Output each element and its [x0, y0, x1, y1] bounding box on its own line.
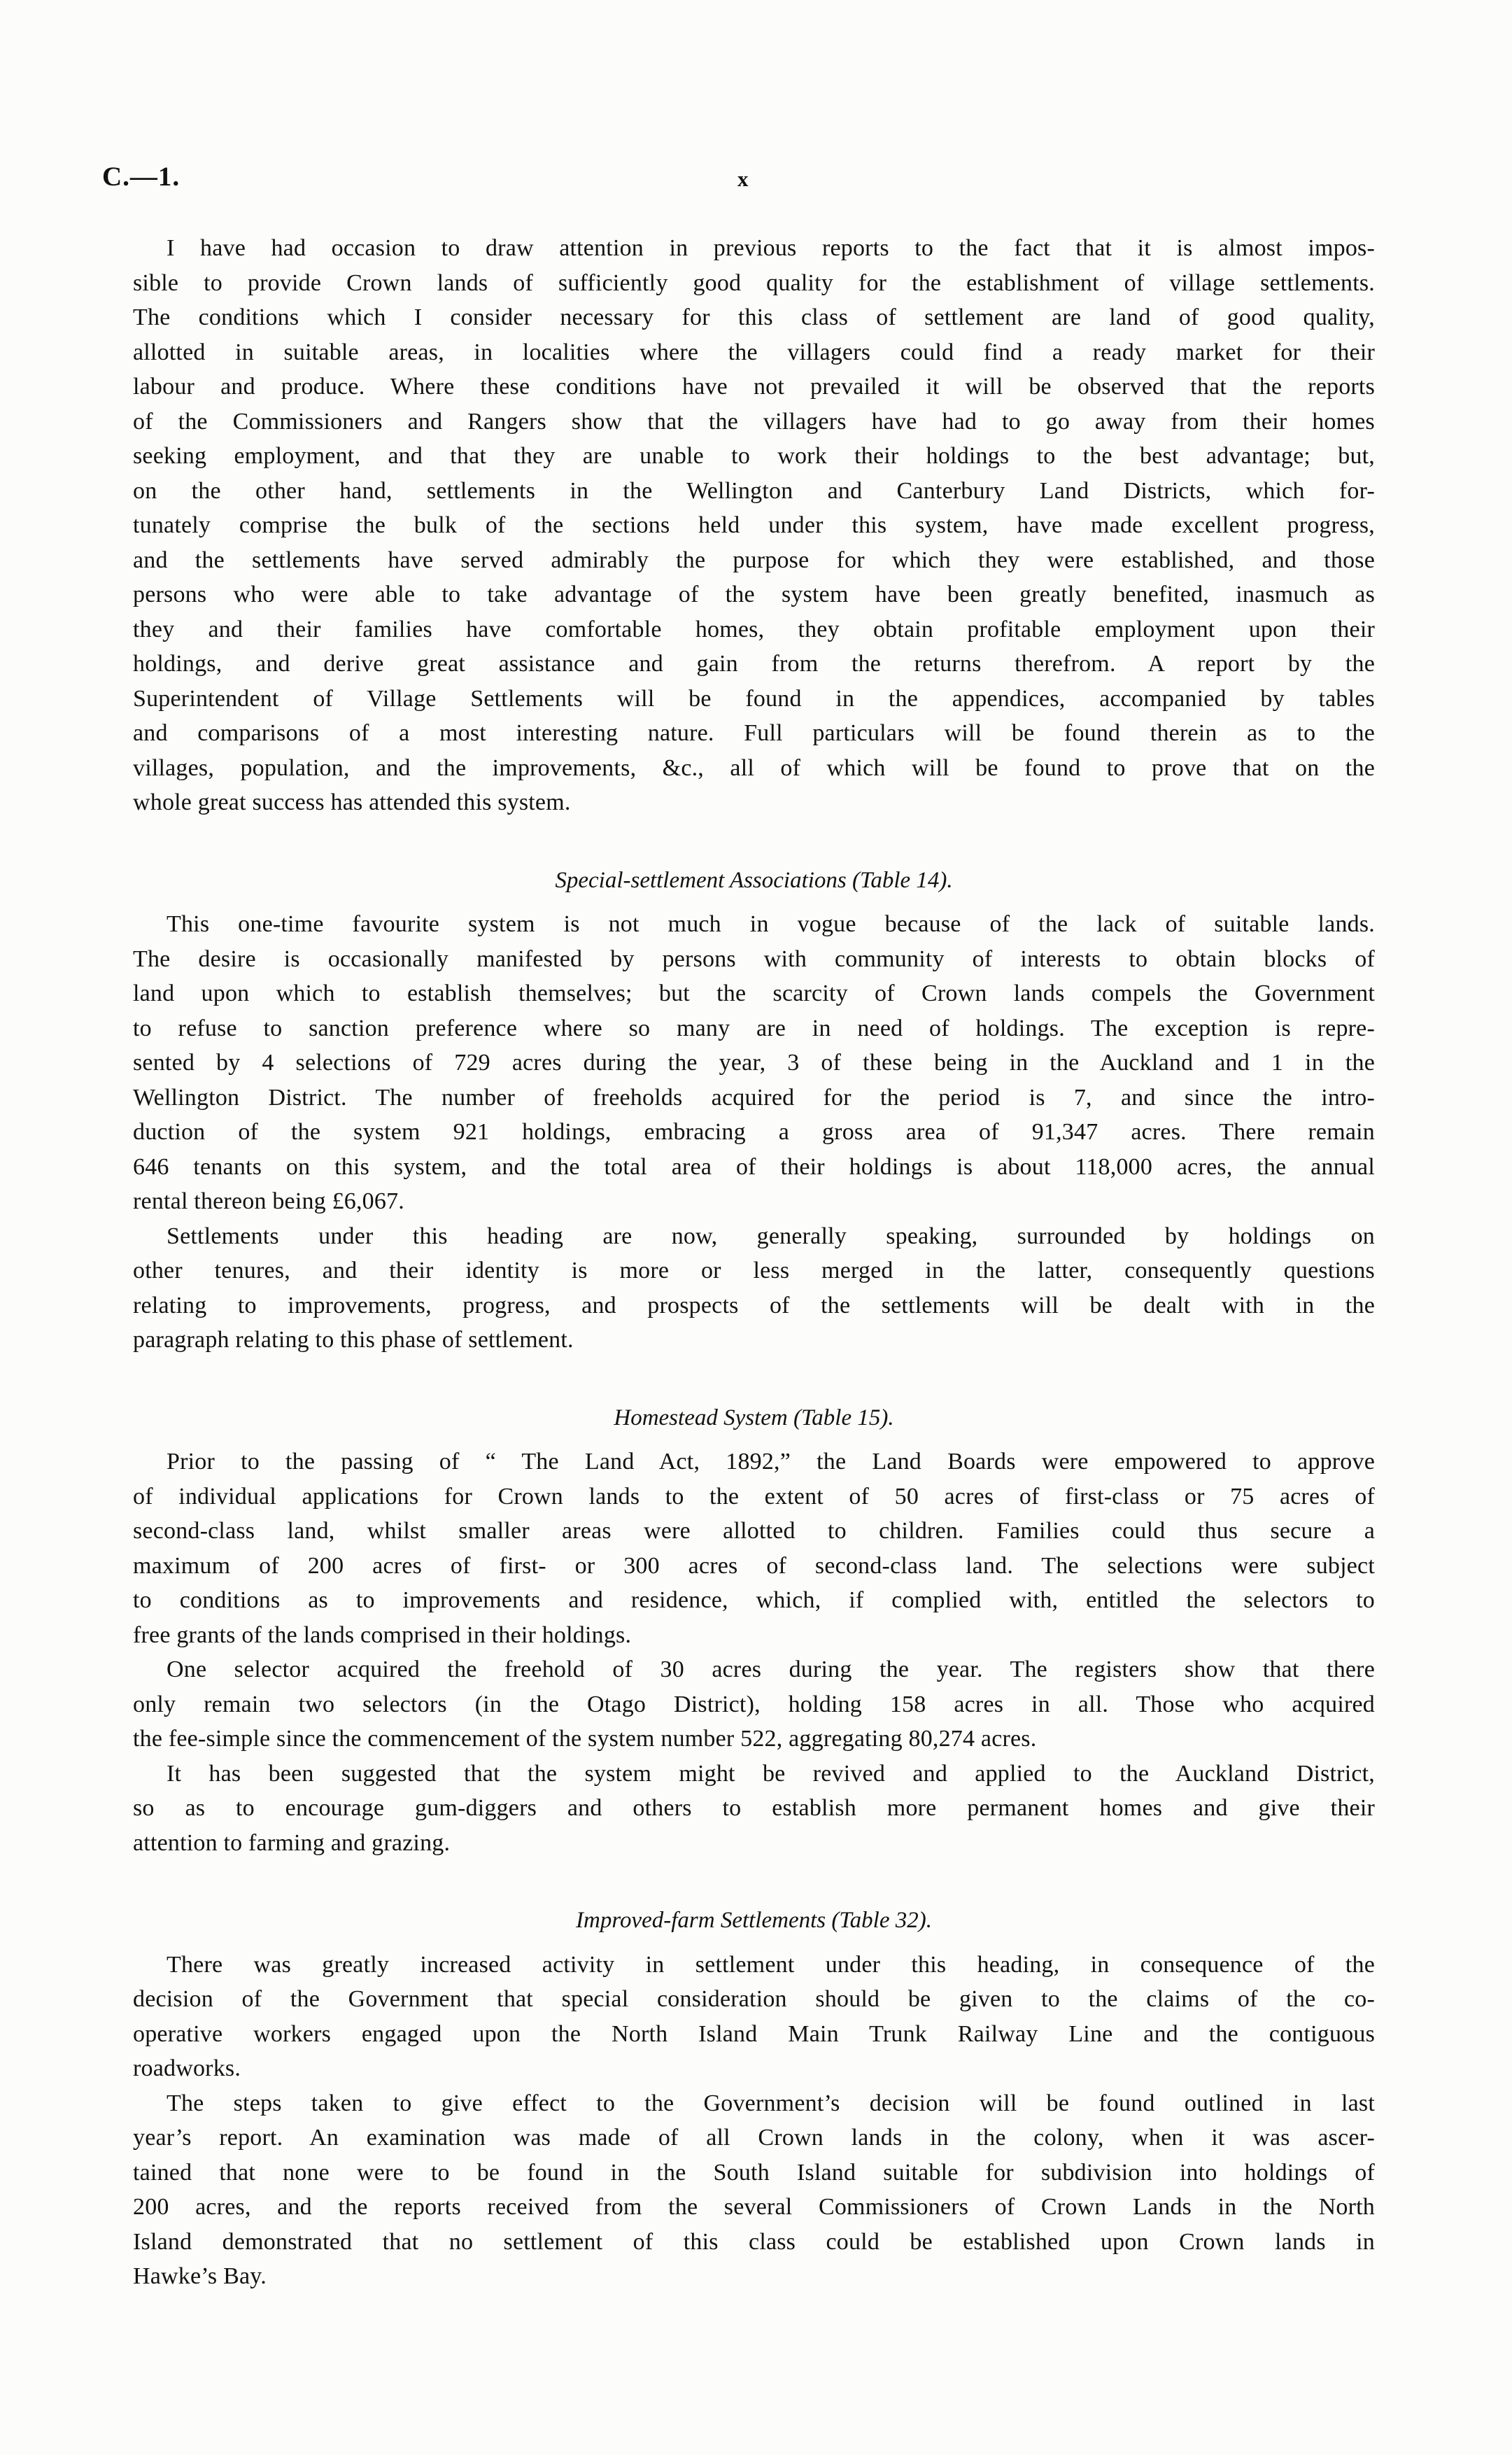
- text-line: paragraph relating to this phase of sett…: [133, 1323, 1375, 1358]
- text-line: decision of the Government that special …: [133, 1982, 1375, 2017]
- paragraph: I have had occasion to draw attention in…: [133, 231, 1375, 820]
- text-line: villages, population, and the improvemen…: [133, 751, 1375, 786]
- section-heading: Homestead System (Table 15).: [133, 1401, 1375, 1436]
- text-line: rental thereon being £6,067.: [133, 1184, 1375, 1219]
- text-line: This one-time favourite system is not mu…: [133, 907, 1375, 942]
- paragraph: Prior to the passing of “ The Land Act, …: [133, 1444, 1375, 1652]
- page-number: x: [737, 167, 749, 192]
- text-line: land upon which to establish themselves;…: [133, 976, 1375, 1011]
- text-line: holdings, and derive great assistance an…: [133, 647, 1375, 682]
- text-line: Settlements under this heading are now, …: [133, 1219, 1375, 1254]
- text-line: second-class land, whilst smaller areas …: [133, 1514, 1375, 1549]
- text-line: relating to improvements, progress, and …: [133, 1288, 1375, 1323]
- text-line: Hawke’s Bay.: [133, 2259, 1375, 2294]
- text-line: The desire is occasionally manifested by…: [133, 942, 1375, 977]
- paragraph: The steps taken to give effect to the Go…: [133, 2086, 1375, 2294]
- text-line: It has been suggested that the system mi…: [133, 1757, 1375, 1792]
- text-line: year’s report. An examination was made o…: [133, 2120, 1375, 2155]
- text-line: 646 tenants on this system, and the tota…: [133, 1150, 1375, 1185]
- text-line: on the other hand, settlements in the We…: [133, 474, 1375, 509]
- text-line: allotted in suitable areas, in localitie…: [133, 335, 1375, 370]
- text-line: Superintendent of Village Settlements wi…: [133, 682, 1375, 717]
- text-line: of individual applications for Crown lan…: [133, 1479, 1375, 1514]
- text-line: maximum of 200 acres of first- or 300 ac…: [133, 1549, 1375, 1584]
- document-body: I have had occasion to draw attention in…: [133, 231, 1375, 2294]
- text-line: seeking employment, and that they are un…: [133, 439, 1375, 474]
- paragraph: One selector acquired the freehold of 30…: [133, 1652, 1375, 1757]
- text-line: Wellington District. The number of freeh…: [133, 1081, 1375, 1116]
- text-line: whole great success has attended this sy…: [133, 785, 1375, 820]
- paragraph: There was greatly increased activity in …: [133, 1948, 1375, 2086]
- section-heading: Special-settlement Associations (Table 1…: [133, 864, 1375, 899]
- text-line: Island demonstrated that no settlement o…: [133, 2225, 1375, 2260]
- text-line: of the Commissioners and Rangers show th…: [133, 405, 1375, 439]
- text-line: 200 acres, and the reports received from…: [133, 2190, 1375, 2225]
- text-line: sible to provide Crown lands of sufficie…: [133, 266, 1375, 301]
- text-line: persons who were able to take advantage …: [133, 577, 1375, 612]
- report-number: C.—1.: [102, 161, 180, 192]
- text-line: sented by 4 selections of 729 acres duri…: [133, 1046, 1375, 1081]
- text-line: so as to encourage gum-diggers and other…: [133, 1791, 1375, 1826]
- text-line: and the settlements have served admirabl…: [133, 543, 1375, 578]
- running-head: C.—1. x: [102, 161, 1375, 196]
- text-line: to refuse to sanction preference where s…: [133, 1011, 1375, 1046]
- section-heading: Improved-farm Settlements (Table 32).: [133, 1904, 1375, 1939]
- document-page: C.—1. x I have had occasion to draw atte…: [0, 0, 1512, 2455]
- text-line: The steps taken to give effect to the Go…: [133, 2086, 1375, 2121]
- text-line: labour and produce. Where these conditio…: [133, 370, 1375, 405]
- text-line: attention to farming and grazing.: [133, 1826, 1375, 1861]
- text-line: to conditions as to improvements and res…: [133, 1583, 1375, 1618]
- text-line: There was greatly increased activity in …: [133, 1948, 1375, 1983]
- text-line: and comparisons of a most interesting na…: [133, 716, 1375, 751]
- text-line: The conditions which I consider necessar…: [133, 300, 1375, 335]
- text-line: roadworks.: [133, 2051, 1375, 2086]
- text-line: only remain two selectors (in the Otago …: [133, 1687, 1375, 1722]
- text-line: I have had occasion to draw attention in…: [133, 231, 1375, 266]
- text-line: free grants of the lands comprised in th…: [133, 1618, 1375, 1653]
- paragraph: This one-time favourite system is not mu…: [133, 907, 1375, 1219]
- paragraph: It has been suggested that the system mi…: [133, 1757, 1375, 1861]
- text-line: they and their families have comfortable…: [133, 612, 1375, 647]
- text-line: One selector acquired the freehold of 30…: [133, 1652, 1375, 1687]
- text-line: Prior to the passing of “ The Land Act, …: [133, 1444, 1375, 1479]
- text-line: other tenures, and their identity is mor…: [133, 1253, 1375, 1288]
- text-line: duction of the system 921 holdings, embr…: [133, 1115, 1375, 1150]
- text-line: tunately comprise the bulk of the sectio…: [133, 508, 1375, 543]
- text-line: the fee-simple since the commencement of…: [133, 1722, 1375, 1757]
- paragraph: Settlements under this heading are now, …: [133, 1219, 1375, 1358]
- text-line: operative workers engaged upon the North…: [133, 2017, 1375, 2052]
- text-line: tained that none were to be found in the…: [133, 2155, 1375, 2190]
